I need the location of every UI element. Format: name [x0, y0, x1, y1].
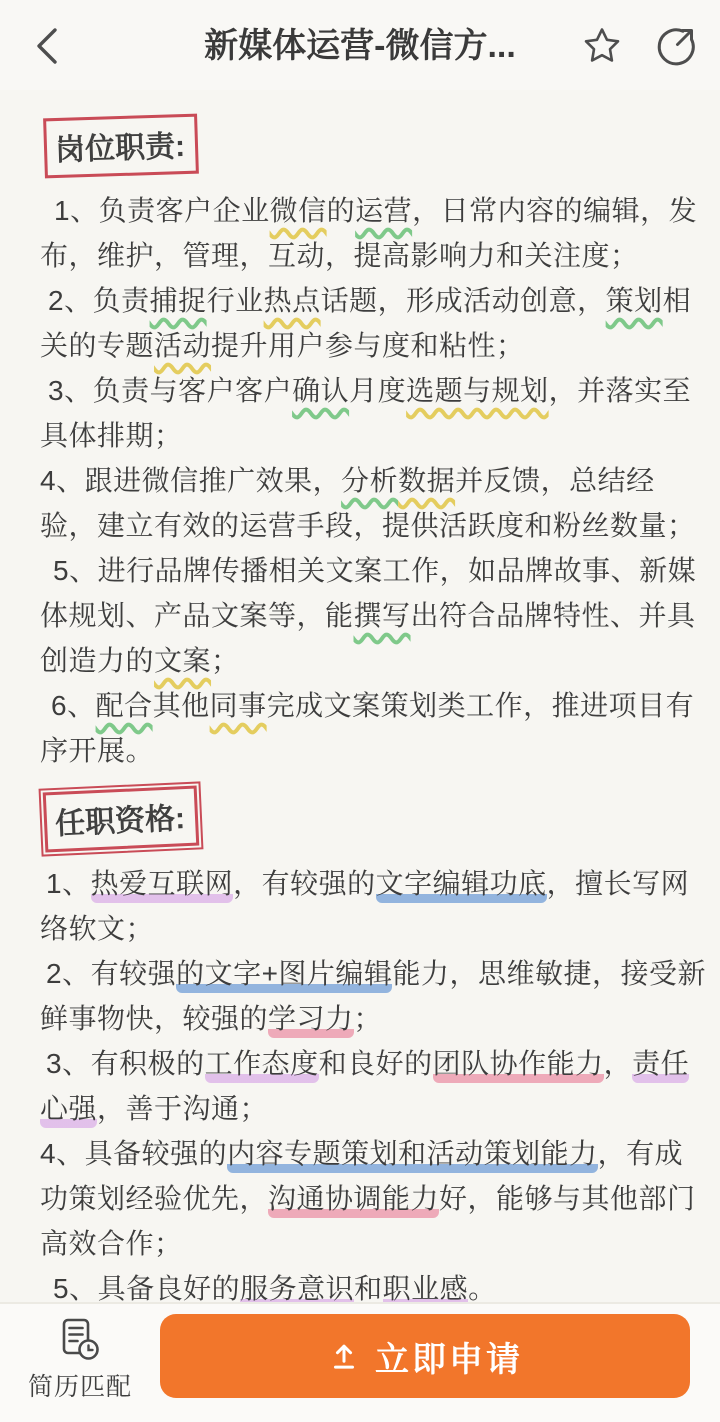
text-run: 5、进行品牌传播相关文案工作，如品牌故事、新媒: [53, 555, 696, 586]
text-run: 话题，形成活动创意，: [321, 285, 606, 316]
highlight-mp: 工作态度: [205, 1048, 319, 1083]
highlight-wg: 策划: [606, 285, 663, 316]
highlight-mk: 团队协作能力: [433, 1048, 604, 1083]
page-title: 新媒体运营-微信方...: [120, 0, 600, 90]
job-description: 岗位职责:1、负责客户企业微信的运营，日常内容的编辑，发布，维护，管理，互动，提…: [0, 90, 720, 1302]
header: 新媒体运营-微信方...: [0, 0, 720, 90]
highlight-mb: 内容专题策划和活动策划能力: [227, 1138, 598, 1173]
text-line: 3、负责与客户客户确认月度选题与规划，并落实至: [40, 368, 700, 413]
resume-match-button[interactable]: 简历匹配: [0, 1314, 160, 1404]
highlight-wy: 热点: [264, 285, 321, 316]
highlight-mp: 热爱互联网: [91, 868, 234, 903]
text-run: ，善于沟通；: [97, 1093, 268, 1124]
text-run: 1、负责客户企业: [54, 195, 270, 226]
text-run: ，日常内容的编辑，发: [412, 195, 697, 226]
text-line: 5、进行品牌传播相关文案工作，如品牌故事、新媒: [40, 548, 700, 593]
text-run: 3、负责与客户客户: [48, 375, 292, 406]
text-run: ，有成: [598, 1138, 684, 1169]
highlight-mp: 职业感: [383, 1273, 469, 1302]
text-run: 提升用户参与度和粘性；: [211, 330, 525, 361]
text-run: 行业: [207, 285, 264, 316]
highlight-wg: 撰写: [354, 600, 411, 631]
text-run: 出符合品牌特性、并具: [411, 600, 696, 631]
text-run: ；: [211, 645, 240, 676]
text-run: 能力，思维敏捷，接受新: [392, 958, 706, 989]
share-icon[interactable]: [654, 24, 698, 68]
text-line: 2、负责捕捉行业热点话题，形成活动创意，策划相: [40, 278, 700, 323]
text-run: 关的专题: [40, 330, 154, 361]
text-line: 3、有积极的工作态度和良好的团队协作能力，责任: [40, 1041, 700, 1086]
highlight-wy: 文案: [154, 645, 211, 676]
text-run: 5、具备良好的: [53, 1273, 240, 1302]
text-line: 鲜事物快，较强的学习力；: [40, 996, 700, 1041]
text-line: 具体排期；: [40, 413, 700, 458]
highlight-wy: 选题与规划: [406, 375, 549, 406]
highlight-mp: 服务意识: [240, 1273, 354, 1302]
highlight-wg: 确认: [292, 375, 349, 406]
job-detail-screen: 新媒体运营-微信方... 岗位职责:1、负责客户企业微信的运营，日常内容的编辑，…: [0, 0, 720, 1422]
bottom-action-bar: 简历匹配 立即申请: [0, 1302, 720, 1422]
text-run: 络软文；: [40, 913, 154, 944]
text-run: 1、: [46, 868, 91, 899]
text-run: 4、具备较强的: [40, 1138, 227, 1169]
text-line: 关的专题活动提升用户参与度和粘性；: [40, 323, 700, 368]
text-run: 高效合作；: [40, 1228, 183, 1259]
text-line: 功策划经验优先，沟通协调能力好，能够与其他部门: [40, 1176, 700, 1221]
text-line: 心强，善于沟通；: [40, 1086, 700, 1131]
favorite-star-icon[interactable]: [580, 24, 624, 68]
text-run: 其他: [153, 690, 210, 721]
text-run: 好，能够与其他部门: [439, 1183, 696, 1214]
text-line: 6、配合其他同事完成文案策划类工作，推进项目有: [40, 683, 700, 728]
text-line: 2、有较强的文字+图片编辑能力，思维敏捷，接受新: [40, 951, 700, 996]
text-run: 布，维护，管理，互动，提高影响力和关注度；: [40, 240, 639, 271]
text-run: 月度: [349, 375, 406, 406]
text-run: ，有较强的: [233, 868, 376, 899]
text-run: 序开展。: [40, 735, 154, 766]
highlight-mp: 责任: [632, 1048, 689, 1083]
highlight-wg: 配合: [96, 690, 153, 721]
text-run: 和良好的: [319, 1048, 433, 1079]
highlight-wy: 数据: [398, 465, 455, 496]
document-clock-icon: [55, 1315, 105, 1365]
text-run: 体规划、产品文案等，能: [40, 600, 354, 631]
highlight-mb: 的文字+图片编辑: [176, 958, 392, 993]
text-run: 完成文案策划类工作，推进项目有: [267, 690, 695, 721]
section-heading-box: 任职资格:: [43, 786, 200, 853]
section-heading-wrap: 岗位职责:: [44, 116, 700, 176]
text-run: ，: [604, 1048, 633, 1079]
text-run: ；: [354, 1003, 383, 1034]
text-line: 高效合作；: [40, 1221, 700, 1266]
highlight-wy: 微信: [270, 195, 327, 226]
text-run: 的: [327, 195, 356, 226]
highlight-wg: 分析: [341, 465, 398, 496]
back-button[interactable]: [26, 22, 70, 70]
text-run: 功策划经验优先，: [40, 1183, 268, 1214]
chevron-left-icon: [26, 22, 70, 70]
text-run: 2、有较强: [46, 958, 176, 989]
text-line: 布，维护，管理，互动，提高影响力和关注度；: [40, 233, 700, 278]
highlight-wy: 活动: [154, 330, 211, 361]
highlight-mk: 学习力: [268, 1003, 354, 1038]
text-run: 。: [468, 1273, 497, 1302]
text-run: 2、负责: [48, 285, 150, 316]
text-run: 6、: [51, 690, 96, 721]
section-heading-wrap: 任职资格:: [44, 789, 700, 849]
text-run: 鲜事物快，较强的: [40, 1003, 268, 1034]
text-line: 1、负责客户企业微信的运营，日常内容的编辑，发: [40, 188, 700, 233]
section-heading-box: 岗位职责:: [43, 114, 199, 179]
text-run: 创造力的: [40, 645, 154, 676]
resume-match-label: 简历匹配: [28, 1367, 132, 1403]
text-run: 具体排期；: [40, 420, 183, 451]
highlight-wg: 捕捉: [150, 285, 207, 316]
highlight-mb: 文字编辑功底: [376, 868, 547, 903]
text-line: 序开展。: [40, 728, 700, 773]
text-run: ，并落实至: [549, 375, 692, 406]
highlight-mp: 心强: [40, 1093, 97, 1128]
text-line: 体规划、产品文案等，能撰写出符合品牌特性、并具: [40, 593, 700, 638]
text-run: ，擅长写网: [547, 868, 690, 899]
apply-now-button[interactable]: 立即申请: [160, 1314, 690, 1398]
text-run: 相: [663, 285, 692, 316]
highlight-wg: 运营: [355, 195, 412, 226]
text-line: 4、具备较强的内容专题策划和活动策划能力，有成: [40, 1131, 700, 1176]
text-line: 络软文；: [40, 906, 700, 951]
text-line: 1、热爱互联网，有较强的文字编辑功底，擅长写网: [40, 861, 700, 906]
text-line: 验，建立有效的运营手段，提供活跃度和粉丝数量；: [40, 503, 700, 548]
text-run: 和: [354, 1273, 383, 1302]
text-run: 4、跟进微信推广效果，: [40, 465, 341, 496]
upload-icon: [327, 1339, 361, 1373]
text-run: 验，建立有效的运营手段，提供活跃度和粉丝数量；: [40, 510, 696, 541]
text-line: 创造力的文案；: [40, 638, 700, 683]
text-line: 5、具备良好的服务意识和职业感。: [40, 1266, 700, 1302]
highlight-mk: 沟通协调能力: [268, 1183, 439, 1218]
text-run: 3、有积极的: [46, 1048, 205, 1079]
header-actions: [580, 24, 698, 68]
text-run: 并反馈，总结经: [455, 465, 655, 496]
highlight-wy: 同事: [210, 690, 267, 721]
apply-now-label: 立即申请: [375, 1332, 523, 1381]
text-line: 4、跟进微信推广效果，分析数据并反馈，总结经: [40, 458, 700, 503]
